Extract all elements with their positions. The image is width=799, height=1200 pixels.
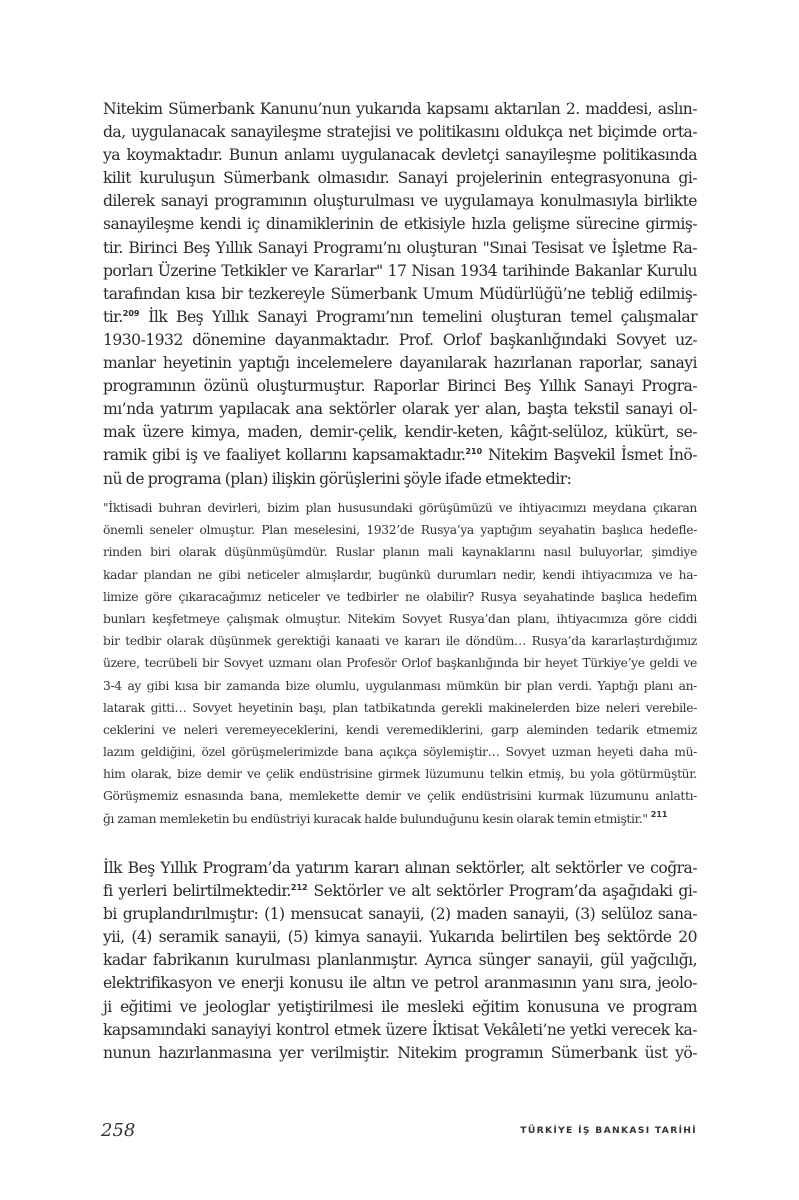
text-segment: ğı zaman memleketin bu endüstriyi kuraca…	[103, 812, 651, 826]
text-segment: İlk Beş Yıllık Sanayi Programı’nın temel…	[139, 308, 697, 326]
paragraph-1: Nitekim Sümerbank Kanunu’nun yukarıda ka…	[103, 98, 697, 491]
text-line-with-footnote: ramik gibi iş ve faaliyet kollarını kaps…	[103, 444, 697, 467]
text-line: porları Üzerine Tetkikler ve Kararlar" 1…	[103, 260, 697, 283]
quote-line: him olarak, bize demir ve çelik endüstri…	[103, 763, 697, 785]
text-line: kilit kuruluşun Sümerbank olmasıdır. San…	[103, 167, 697, 190]
text-line: ya koymaktadır. Bunun anlamı uygulanacak…	[103, 144, 697, 167]
running-title: TÜRKİYE İŞ BANKASI TARİHİ	[520, 1125, 697, 1136]
text-line: nunun hazırlanmasına yer verilmiştir. Ni…	[103, 1042, 697, 1065]
quote-line: üzere, tecrübeli bir Sovyet uzmanı olan …	[103, 652, 697, 674]
text-segment: Nitekim Başvekil İsmet İnö-	[482, 446, 697, 464]
quote-line: bir tedbir olarak düşünmek gerektiği kan…	[103, 630, 697, 652]
book-page: Nitekim Sümerbank Kanunu’nun yukarıda ka…	[0, 0, 799, 1200]
quote-line: 3-4 ay gibi kısa bir zamanda bize olumlu…	[103, 675, 697, 697]
text-line: sanayileşme kendi iç dinamiklerinin de e…	[103, 213, 697, 236]
text-line: İlk Beş Yıllık Program’da yatırım kararı…	[103, 857, 697, 880]
text-line: yii, (4) seramik sanayii, (5) kimya sana…	[103, 926, 697, 949]
text-line: bi gruplandırılmıştır: (1) mensucat sana…	[103, 903, 697, 926]
quote-line: kadar plandan ne gibi neticeler almışlar…	[103, 564, 697, 586]
text-line: tarafından kısa bir tezkereyle Sümerbank…	[103, 283, 697, 306]
quote-line: ceklerini ve neleri veremeyeceklerini, k…	[103, 719, 697, 741]
text-line: manlar heyetinin yaptığı incelemelere da…	[103, 352, 697, 375]
text-line-with-footnote: fi yerleri belirtilmektedir.212 Sektörle…	[103, 880, 697, 903]
quote-line: "İktisadi buhran devirleri, bizim plan h…	[103, 497, 697, 519]
text-line: mak üzere kimya, maden, demir-çelik, ken…	[103, 421, 697, 444]
text-line: ji eğitimi ve jeologlar yetiştirilmesi i…	[103, 996, 697, 1019]
text-segment: fi yerleri belirtilmektedir.	[103, 882, 291, 900]
text-line: elektrifikasyon ve enerji konusu ile alt…	[103, 972, 697, 995]
footnote-ref-212[interactable]: 212	[291, 883, 308, 892]
text-line-with-footnote: tir.209 İlk Beş Yıllık Sanayi Programı’n…	[103, 306, 697, 329]
text-segment: Sektörler ve alt sektörler Program’da aş…	[308, 882, 697, 900]
page-number: 258	[101, 1120, 135, 1141]
paragraph-2: İlk Beş Yıllık Program’da yatırım kararı…	[103, 857, 697, 1065]
quote-line: Görüşmemiz esnasında bana, memlekette de…	[103, 785, 697, 807]
quote-line-with-footnote: ğı zaman memleketin bu endüstriyi kuraca…	[103, 808, 697, 830]
text-line: kapsamındaki sanayiyi kontrol etmek üzer…	[103, 1019, 697, 1042]
footnote-ref-211[interactable]: 211	[651, 810, 668, 819]
footnote-ref-209[interactable]: 209	[123, 309, 140, 318]
text-line: mı’nda yatırım yapılacak ana sektörler o…	[103, 398, 697, 421]
text-line: programının özünü oluşturmuştur. Raporla…	[103, 375, 697, 398]
text-line: 1930-1932 dönemine dayanmaktadır. Prof. …	[103, 329, 697, 352]
text-line: nü de programa (plan) ilişkin görüşlerin…	[103, 468, 697, 491]
text-segment: tir.	[103, 308, 123, 326]
quote-line: limize göre çıkaracağımız neticeler ve t…	[103, 586, 697, 608]
quote-line: önemli seneler olmuştur. Plan meselesini…	[103, 519, 697, 541]
quote-line: lazım geldiğini, özel görüşmelerimizde b…	[103, 741, 697, 763]
quote-line: latarak gitti… Sovyet heyetinin başı, pl…	[103, 697, 697, 719]
text-line: dilerek sanayi programının oluşturulması…	[103, 190, 697, 213]
text-line: kadar fabrikanın kurulması planlanmıştır…	[103, 949, 697, 972]
text-line: tir. Birinci Beş Yıllık Sanayi Programı’…	[103, 237, 697, 260]
quote-line: rinden biri olarak düşünmüşümdür. Ruslar…	[103, 541, 697, 563]
text-line: Nitekim Sümerbank Kanunu’nun yukarıda ka…	[103, 98, 697, 121]
footnote-ref-210[interactable]: 210	[465, 447, 482, 456]
text-segment: ramik gibi iş ve faaliyet kollarını kaps…	[103, 446, 465, 464]
block-quote: "İktisadi buhran devirleri, bizim plan h…	[103, 497, 697, 830]
text-line: da, uygulanacak sanayileşme stratejisi v…	[103, 121, 697, 144]
quote-line: bunları keşfetmeye çalışmak olmuştur. Ni…	[103, 608, 697, 630]
